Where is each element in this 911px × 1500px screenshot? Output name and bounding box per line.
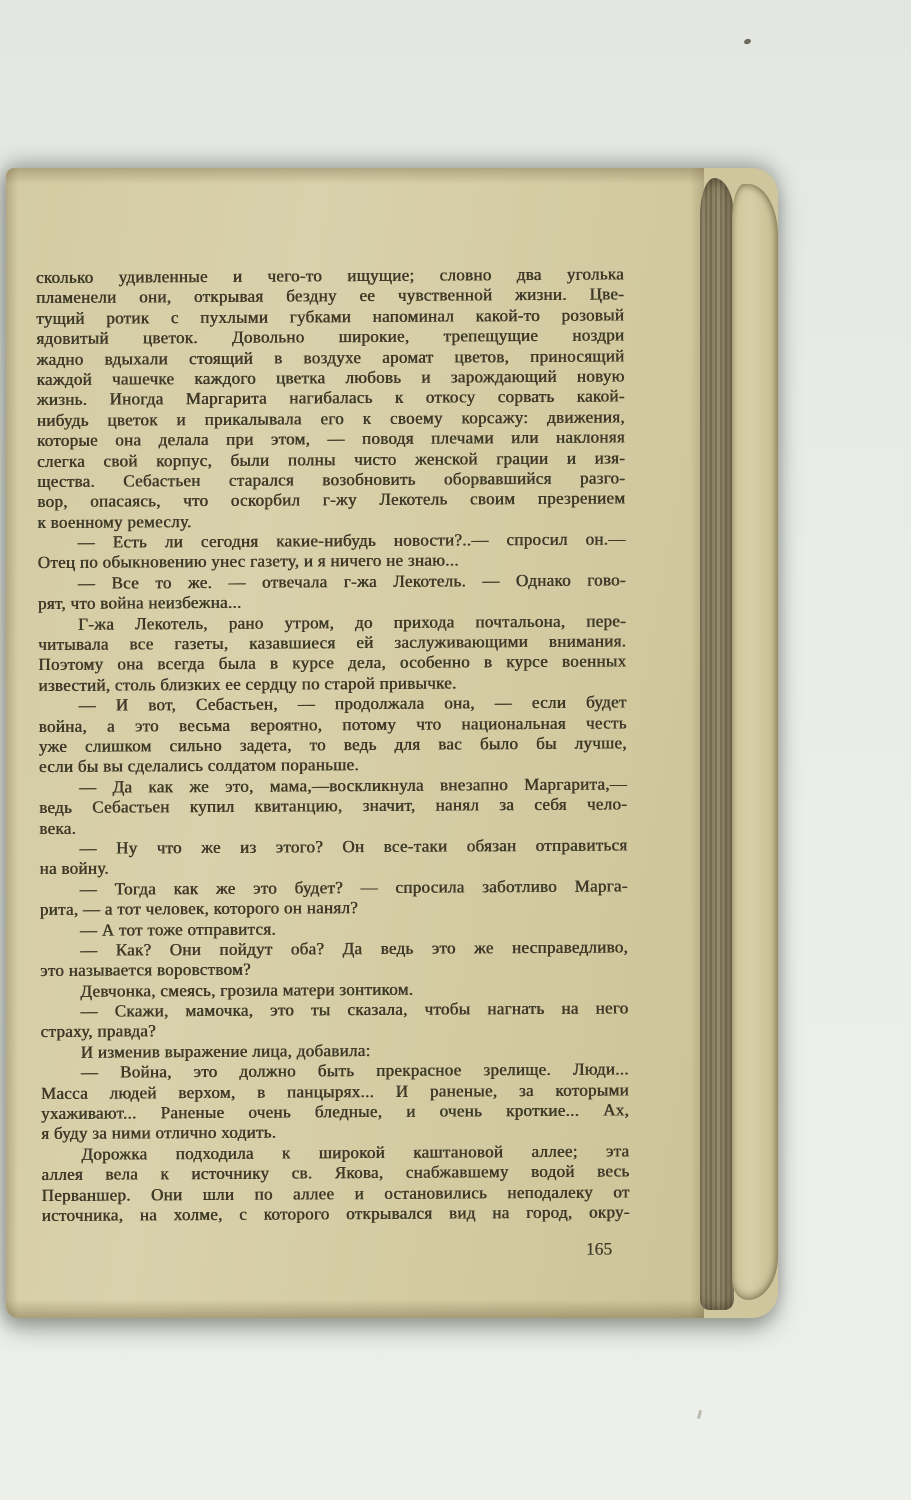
- page-stack-light-edge: [732, 184, 778, 1300]
- text-line: ухаживают... Раненые очень бледные, и оч…: [41, 1100, 629, 1124]
- scan-background: сколько удивленные и чего-то ищущие; сло…: [0, 0, 911, 1500]
- text-line: ведь Себастьен купил квитанцию, значит, …: [39, 795, 627, 819]
- text-block: сколько удивленные и чего-то ищущие; сло…: [36, 264, 630, 1226]
- background-mark-bottom: [697, 1410, 702, 1419]
- text-line: — Ну что же из этого? Он все-таки обязан…: [39, 835, 627, 859]
- background-mark-top: [743, 38, 751, 45]
- text-line: — Тогда как же это будет? — спросила заб…: [40, 876, 628, 900]
- page-number: 165: [36, 1238, 618, 1263]
- text-line: вор, опасаясь, что оскорбил г-жу Лекотел…: [37, 489, 625, 513]
- text-line: уже слишком сильно задета, то ведь для в…: [39, 733, 627, 757]
- text-line: Поэтому она всегда была в курсе дела, ос…: [38, 652, 626, 676]
- text-line: источника, на холме, с которого открывал…: [42, 1202, 630, 1226]
- page-stack-dark-edge: [700, 178, 734, 1310]
- text-line: — Есть ли сегодня какие-нибудь новости?.…: [38, 529, 626, 553]
- text-line: — Все то же. — отвечала г-жа Лекотель. —…: [38, 570, 626, 594]
- text-line: — Как? Они пойдут оба? Да ведь это же не…: [40, 937, 628, 961]
- text-line: — Скажи, мамочка, это ты сказала, чтобы …: [40, 998, 628, 1022]
- text-line: которые она делала при этом, — поводя пл…: [37, 428, 625, 452]
- book-page: сколько удивленные и чего-то ищущие; сло…: [6, 168, 778, 1318]
